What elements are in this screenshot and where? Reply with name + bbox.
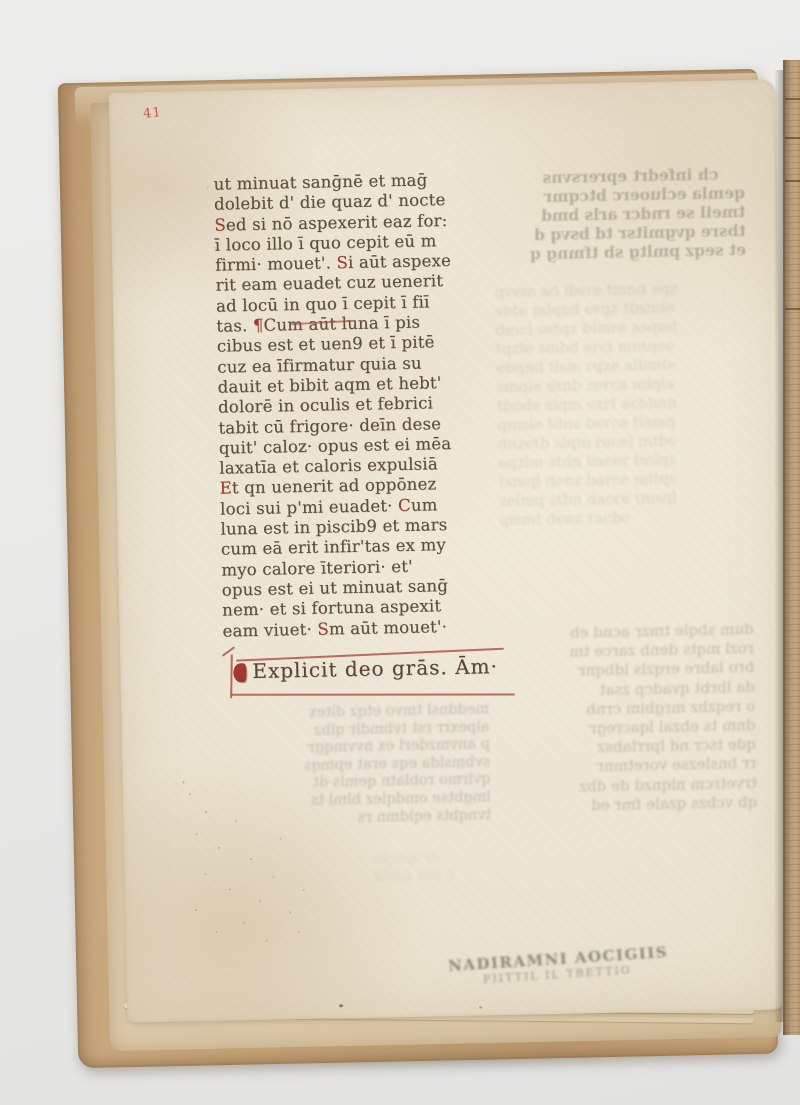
bleedthrough-right-top: ch infedrt eprersvns qemla ecluoerc btcq… [492, 164, 746, 264]
pilcrow-icon [233, 663, 246, 682]
foreedge-leaf-line [785, 180, 800, 182]
rubric-bracket [230, 654, 233, 698]
foreedge-leaf-line [785, 308, 800, 310]
library-stamp: NADIRAMNI AOCIGIIS PIITTIL IL TBETTIO [448, 943, 676, 988]
bleedthrough-right-middle: qvem ad lbsre tmnd eqz sbte mlqnd erqz t… [495, 278, 752, 530]
foreedge-leaf-line [785, 98, 800, 100]
bleedthrough-right-bottom: dum sbqle tmzr acnd eb rozl mqts denb za… [497, 620, 757, 817]
manuscript-text-line: eam viuet· Sm aūt mouet'· [222, 615, 504, 641]
foxing-speckles [207, 187, 209, 189]
explicit-colophon: Explicit deo grās. Ām· [220, 642, 527, 702]
rubric-tick [222, 646, 235, 656]
explicit-text: Explicit deo grās. Ām· [252, 654, 498, 683]
ink-fleck [339, 1004, 343, 1007]
ink-fleck [479, 1006, 482, 1008]
rubric-line-bottom [231, 693, 515, 695]
foxing-speckles [183, 781, 185, 783]
folio-number: 41 [143, 105, 163, 122]
manuscript-page: 41 ut minuat sanḡnē et maḡ dolebit d' di… [109, 79, 794, 1022]
bleedthrough-center-faint: ul mqr ts blrna mls d [374, 846, 575, 886]
bleedthrough-verso: meddnsl tmvo etqz dltex alpexrr rst tvbm… [227, 701, 491, 829]
manuscript-text-column: ut minuat sanḡnē et maḡ dolebit d' die q… [213, 169, 504, 641]
photo-backdrop: 41 ut minuat sanḡnē et maḡ dolebit d' di… [0, 0, 800, 1105]
foreedge-leaf-line [785, 137, 800, 139]
book-foreedge [783, 60, 800, 1035]
